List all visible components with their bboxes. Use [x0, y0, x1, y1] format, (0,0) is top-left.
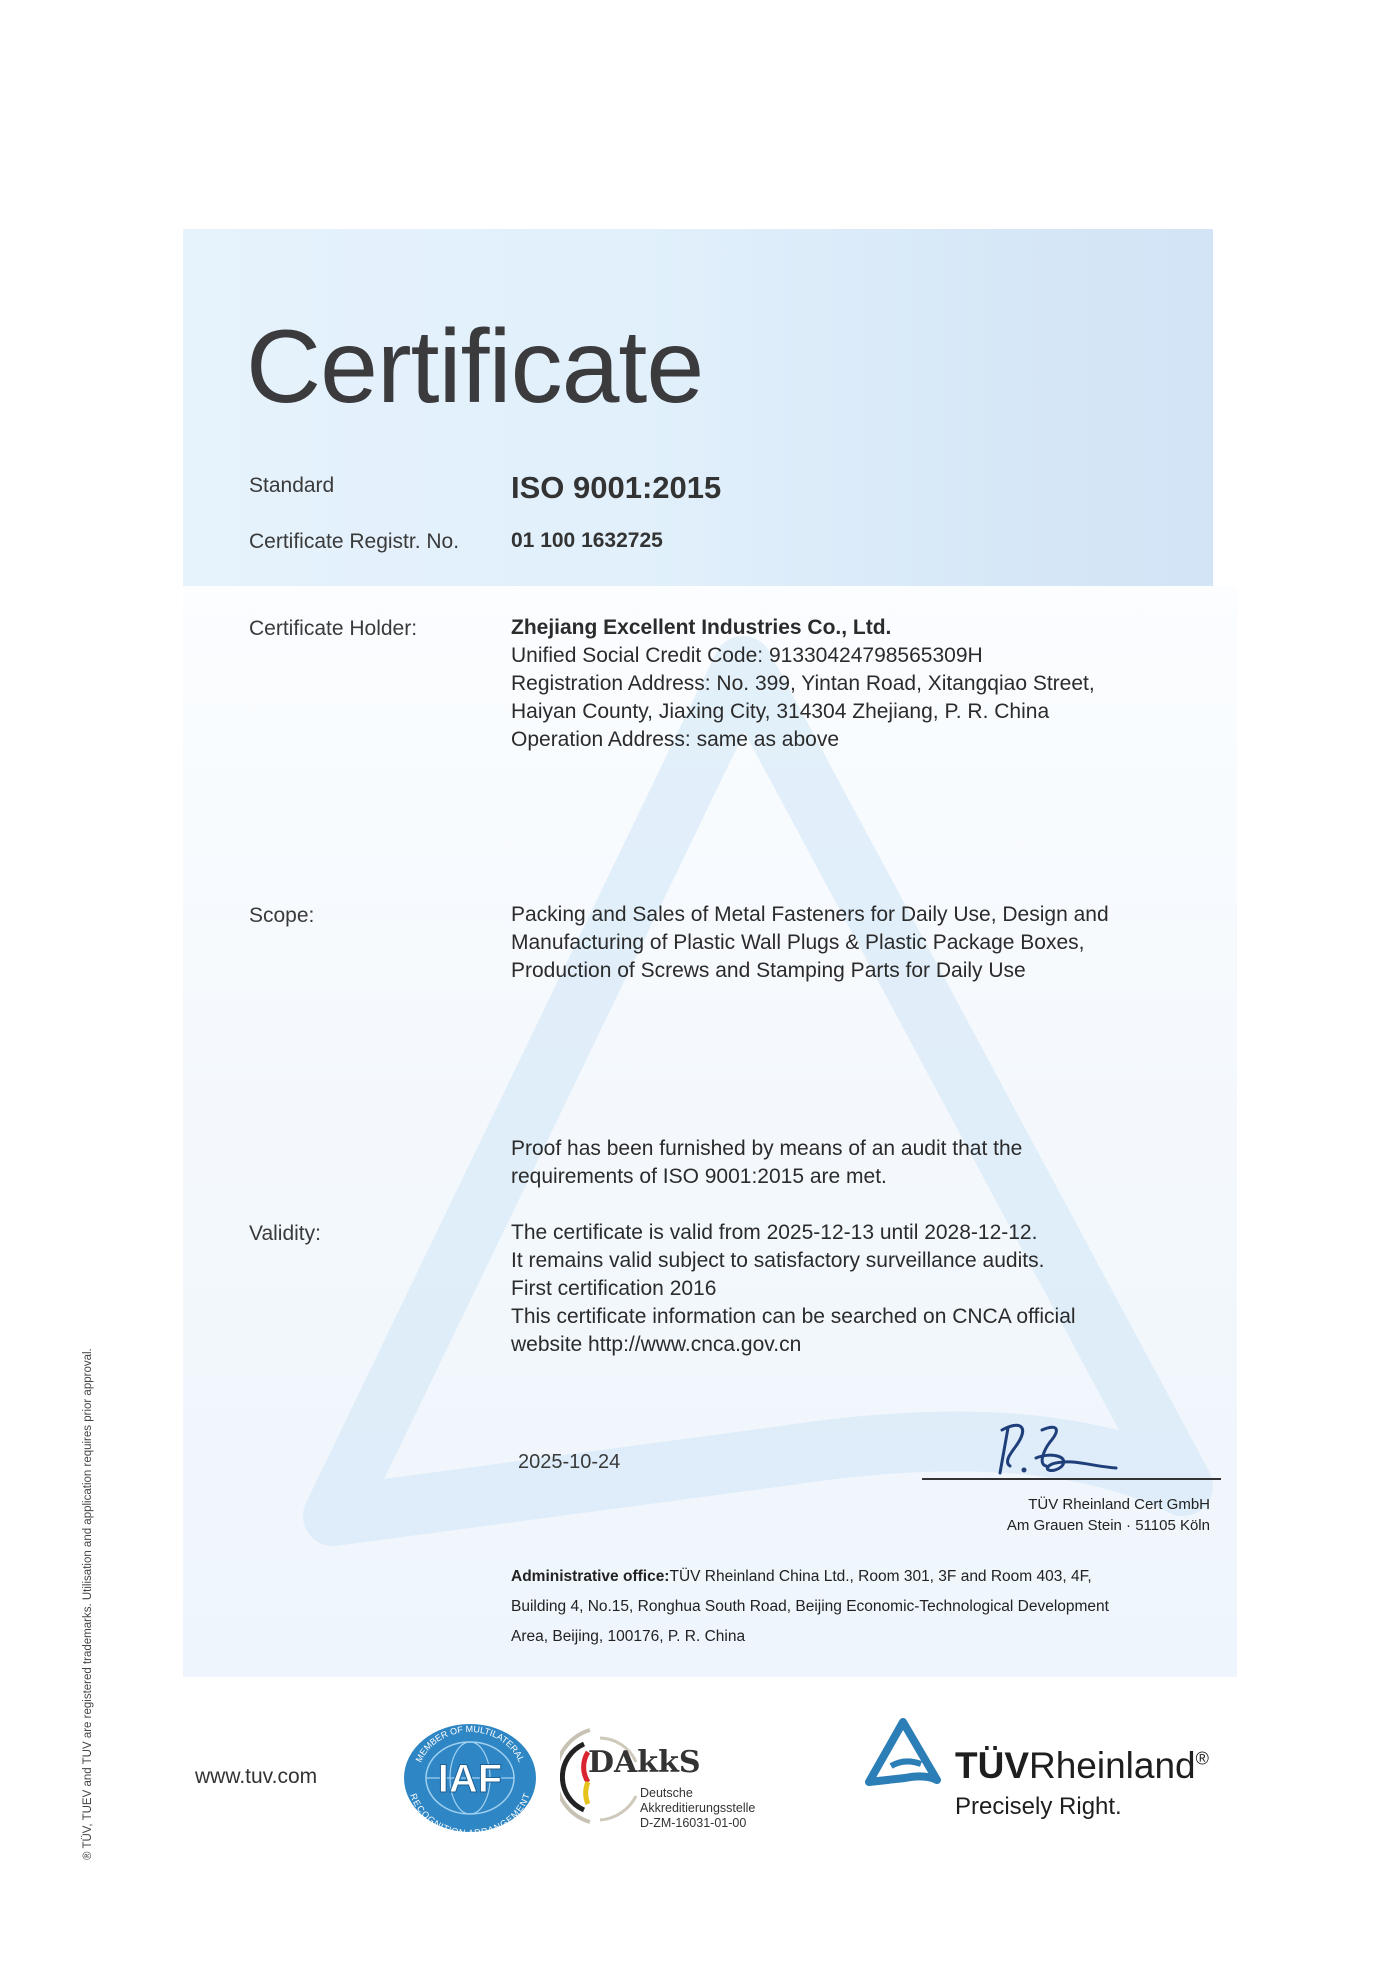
- holder-credit-code: Unified Social Credit Code: 913304247985…: [511, 642, 1095, 670]
- trademark-note: ® TÜV, TUEV and TUV are registered trade…: [82, 1348, 94, 1860]
- certificate-title: Certificate: [246, 308, 703, 427]
- holder-block: Zhejiang Excellent Industries Co., Ltd. …: [511, 614, 1095, 754]
- tuv-tagline: Precisely Right.: [955, 1793, 1122, 1821]
- issuer-address: Am Grauen Stein · 51105 Köln: [960, 1515, 1210, 1536]
- scope-line: Packing and Sales of Metal Fasteners for…: [511, 901, 1109, 929]
- validity-line: website http://www.cnca.gov.cn: [511, 1331, 1076, 1359]
- admin-line: Building 4, No.15, Ronghua South Road, B…: [511, 1592, 1231, 1622]
- tuv-website-link[interactable]: www.tuv.com: [195, 1765, 317, 1789]
- holder-operation-address: Operation Address: same as above: [511, 726, 1095, 754]
- standard-value: ISO 9001:2015: [511, 470, 721, 506]
- dakks-line: Akkreditierungsstelle: [640, 1801, 755, 1816]
- validity-line: First certification 2016: [511, 1275, 1076, 1303]
- holder-address-2: Haiyan County, Jiaxing City, 314304 Zhej…: [511, 698, 1095, 726]
- scope-label: Scope:: [249, 904, 314, 928]
- admin-line: Area, Beijing, 100176, P. R. China: [511, 1622, 1231, 1652]
- admin-label: Administrative office:: [511, 1568, 669, 1585]
- validity-line: The certificate is valid from 2025-12-13…: [511, 1219, 1076, 1247]
- signature-icon: [990, 1418, 1130, 1484]
- tuv-rheinland-brand: TÜVRheinland®: [955, 1745, 1209, 1787]
- admin-line: TÜV Rheinland China Ltd., Room 301, 3F a…: [669, 1568, 1091, 1585]
- scope-line: Manufacturing of Plastic Wall Plugs & Pl…: [511, 929, 1109, 957]
- holder-label: Certificate Holder:: [249, 617, 417, 641]
- dakks-title: DAkkS: [588, 1745, 701, 1780]
- dakks-line: Deutsche: [640, 1786, 755, 1801]
- validity-line: It remains valid subject to satisfactory…: [511, 1247, 1076, 1275]
- dakks-accreditation-number: D-ZM-16031-01-00: [640, 1816, 755, 1831]
- validity-line: This certificate information can be sear…: [511, 1303, 1076, 1331]
- signature-line: [922, 1478, 1221, 1480]
- admin-office-block: Administrative office:TÜV Rheinland Chin…: [511, 1562, 1231, 1652]
- tuv-triangle-logo-icon: [865, 1718, 941, 1786]
- issuer-name: TÜV Rheinland Cert GmbH: [960, 1494, 1210, 1515]
- issuer-block: TÜV Rheinland Cert GmbH Am Grauen Stein …: [960, 1494, 1210, 1536]
- validity-label: Validity:: [249, 1222, 321, 1246]
- iaf-logo-icon: IAF MEMBER OF MULTILATERAL RECOGNITION A…: [402, 1722, 538, 1834]
- scope-line: Production of Screws and Stamping Parts …: [511, 957, 1109, 985]
- standard-label: Standard: [249, 474, 334, 498]
- svg-text:IAF: IAF: [438, 1757, 502, 1801]
- registr-label: Certificate Registr. No.: [249, 530, 459, 554]
- proof-block: Proof has been furnished by means of an …: [511, 1135, 1022, 1191]
- tuv-brand-bold: TÜV: [955, 1745, 1029, 1786]
- issue-date: 2025-10-24: [518, 1451, 620, 1474]
- registered-mark: ®: [1196, 1749, 1209, 1769]
- validity-block: The certificate is valid from 2025-12-13…: [511, 1219, 1076, 1359]
- scope-block: Packing and Sales of Metal Fasteners for…: [511, 901, 1109, 985]
- holder-name: Zhejiang Excellent Industries Co., Ltd.: [511, 614, 1095, 642]
- proof-line: requirements of ISO 9001:2015 are met.: [511, 1163, 1022, 1191]
- registr-value: 01 100 1632725: [511, 529, 663, 553]
- holder-address-1: Registration Address: No. 399, Yintan Ro…: [511, 670, 1095, 698]
- dakks-subtitle: Deutsche Akkreditierungsstelle D-ZM-1603…: [640, 1786, 755, 1831]
- tuv-brand-rest: Rheinland: [1029, 1745, 1196, 1786]
- proof-line: Proof has been furnished by means of an …: [511, 1135, 1022, 1163]
